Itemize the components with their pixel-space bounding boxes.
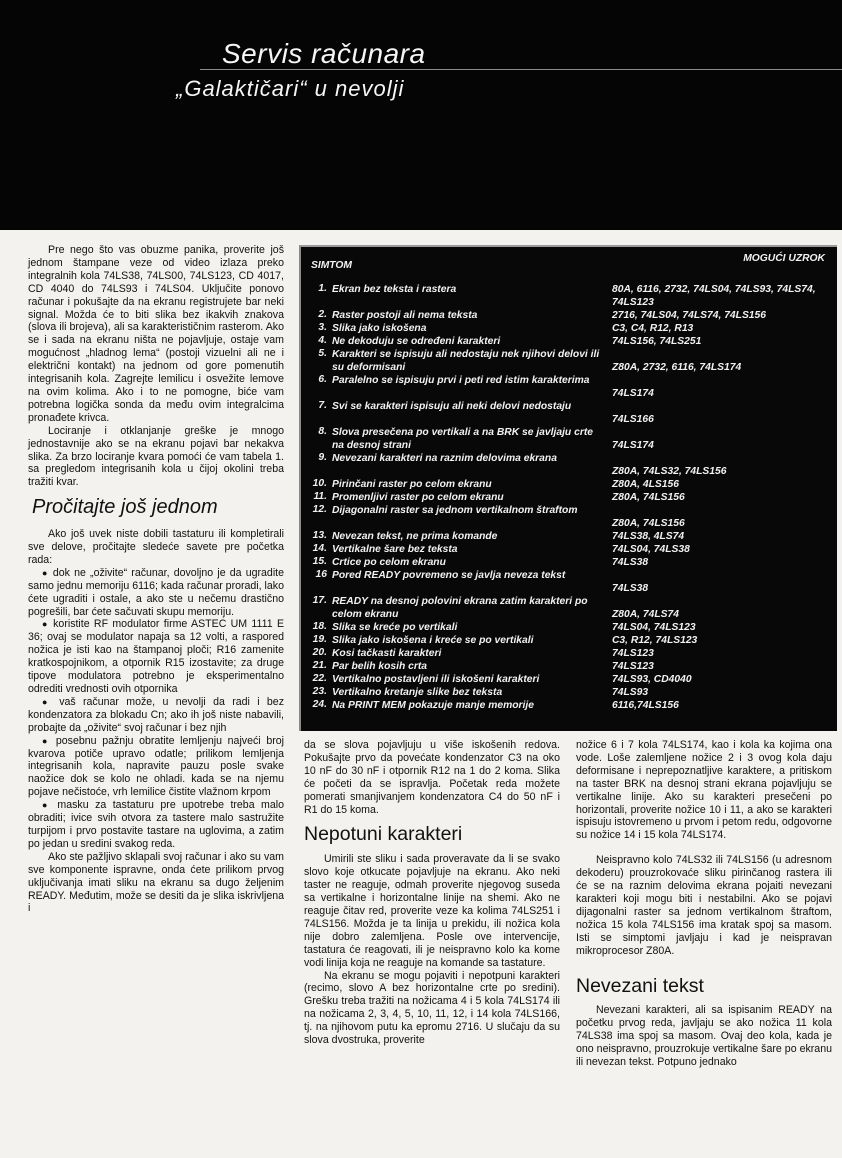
paragraph: Umirili ste sliku i sada proveravate da … [304, 853, 560, 969]
table-header-symptom: SIMTOM [311, 260, 352, 271]
bullet-icon: ● [42, 800, 51, 810]
bullet-icon: ● [42, 736, 50, 746]
column-3: nožice 6 i 7 kola 74LS174, kao i kola ka… [576, 739, 832, 1069]
paragraph: da se slova pojavljuju u više iskošenih … [304, 739, 560, 816]
paragraph: Ako još uvek niste dobili tastaturu ili … [28, 528, 284, 567]
bullet-item: ● dok ne „oživite“ računar, dovoljno je … [28, 567, 284, 619]
paragraph: Lociranje i otklanjanje greške je mnogo … [28, 425, 284, 490]
paragraph: Pre nego što vas obuzme panika, proverit… [28, 244, 284, 425]
symptom-table: SIMTOM MOGUĆI UZROK 1.Ekran bez teksta i… [299, 245, 837, 731]
paragraph: Ako ste pažljivo sklapali svoj računar i… [28, 851, 284, 916]
bullet-icon: ● [42, 619, 49, 629]
column-2: da se slova pojavljuju u više iskošenih … [304, 739, 560, 1047]
bullet-icon: ● [42, 568, 49, 578]
header-divider [200, 69, 842, 70]
paragraph: Neispravno kolo 74LS32 ili 74LS156 (u ad… [576, 854, 832, 957]
bullet-icon: ● [42, 697, 52, 707]
bullet-item: ● masku za tastaturu pre upotrebe treba … [28, 799, 284, 851]
section-heading: Pročitajte još jednom [32, 501, 284, 514]
paragraph: nožice 6 i 7 kola 74LS174, kao i kola ka… [576, 739, 832, 842]
section-heading: Nevezani tekst [576, 980, 832, 993]
bullet-item: ● posebnu pažnju obratite lemljenju najv… [28, 735, 284, 800]
paragraph: Nevezani karakteri, ali sa ispisanim REA… [576, 1004, 832, 1069]
section-heading: Nepotuni karakteri [304, 828, 560, 841]
bullet-item: ● koristite RF modulator firme ASTEC UM … [28, 618, 284, 695]
paragraph: Na ekranu se mogu pojaviti i nepotpuni k… [304, 970, 560, 1047]
table-header-cause: MOGUĆI UZROK [743, 253, 825, 264]
article-section-title: Servis računara [222, 38, 426, 70]
article-header: Servis računara „Galaktičari“ u nevolji [0, 0, 842, 230]
column-1: Pre nego što vas obuzme panika, proverit… [28, 244, 284, 915]
article-title: „Galaktičari“ u nevolji [176, 76, 404, 102]
bullet-item: ● vaš računar može, u nevolji da radi i … [28, 696, 284, 735]
